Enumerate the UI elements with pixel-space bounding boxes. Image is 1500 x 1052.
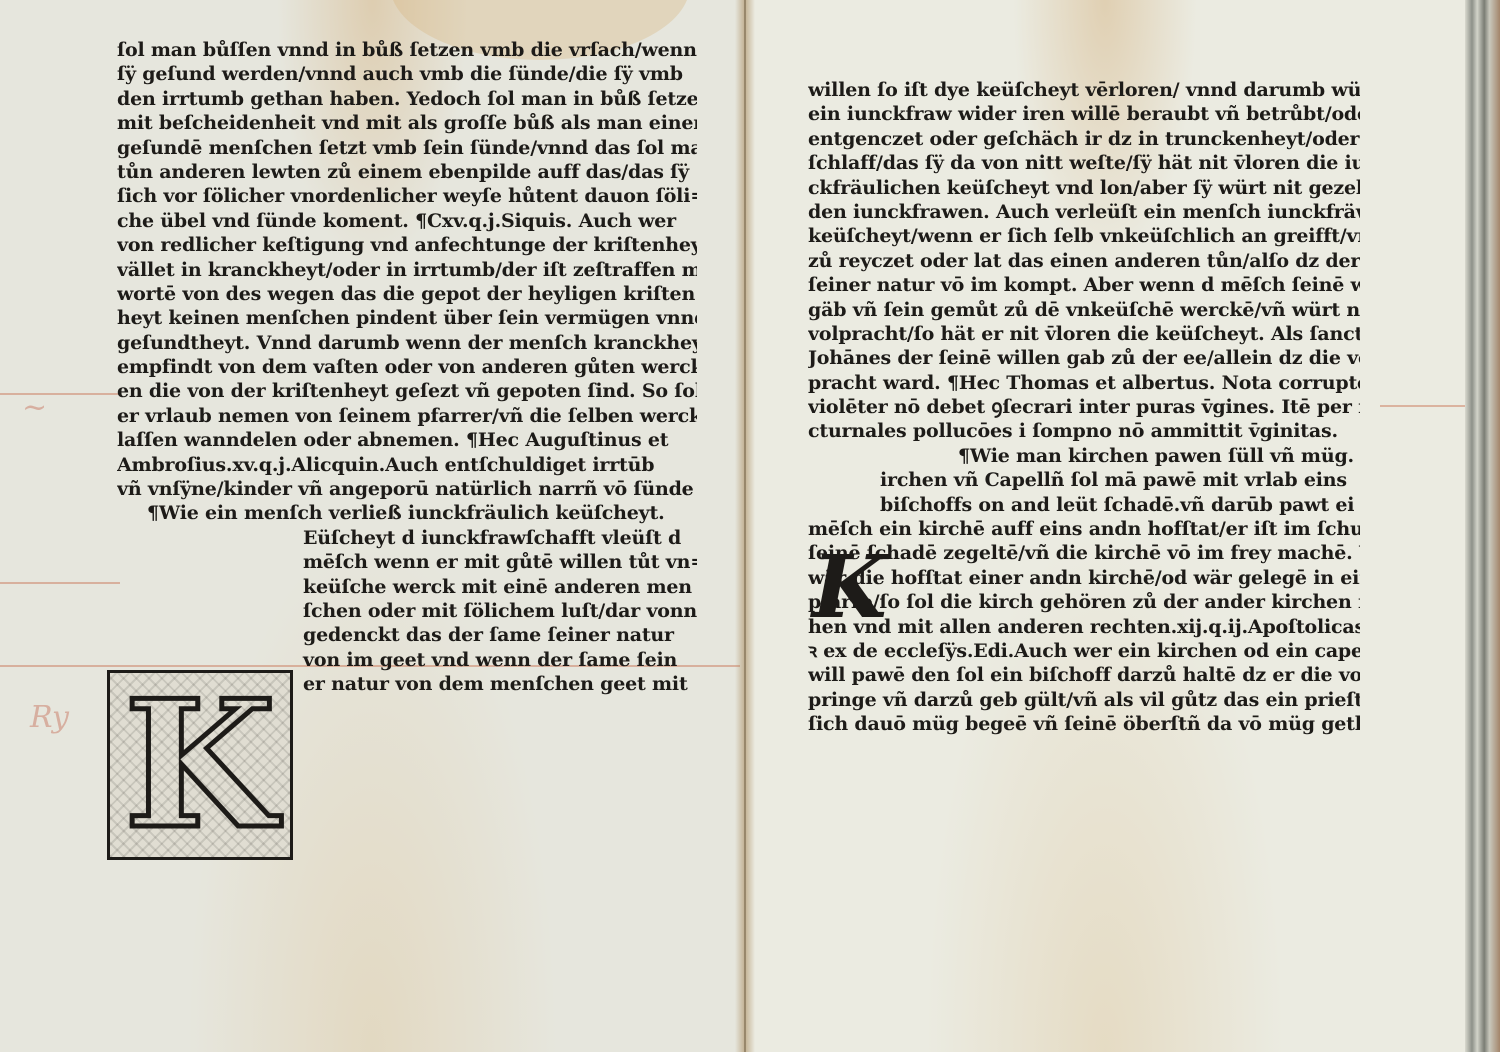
text-line: empfindt von dem vaſten oder von anderen… — [117, 355, 697, 379]
text-fragment: laſſen wanndelen oder abnemen. — [117, 429, 460, 451]
text-fragment: che übel vnd ſünde koment. — [117, 210, 409, 232]
paragraph-mark: ¶ — [147, 502, 159, 524]
red-pencil-mark — [0, 393, 120, 395]
text-line: ꝛ ex de eccleſÿs.Edi.Auch wer ein kirche… — [808, 639, 1360, 663]
text-line: pracht ward. ¶Hec Thomas et albertus. No… — [808, 371, 1360, 395]
paragraph-mark: ¶ — [947, 372, 959, 394]
text-line: er vrlaub nemen von ſeinem pfarrer/vñ di… — [117, 404, 697, 428]
text-line: mēſch wenn er mit gůtē willen tůt vn= — [117, 550, 697, 574]
left-page: ~ Ry ſol man bůſſen vnnd in bůß ſetzen v… — [0, 0, 745, 1052]
heading-text: Wie man kirchen pawen ſüll vñ müg. — [970, 445, 1354, 467]
text-line: ſchen oder mit ſölichem luſt/dar vonn — [117, 599, 697, 623]
text-line: pringe vñ darzů geb gült/vñ als vil gůtz… — [808, 688, 1360, 712]
text-line: Eüſcheyt d iunckfrawſchafft vleüſt d — [117, 526, 697, 550]
text-line: geſundē menſchen ſetzt vmb ſein ſünde/vn… — [117, 136, 697, 160]
citation: Hec Thomas et albertus. — [959, 372, 1215, 394]
citation: Cxv.q.j.Siquis. — [427, 210, 572, 232]
red-pencil-mark — [0, 582, 120, 584]
text-line: ſich dauō müg begeē vñ ſeinē öberſtñ da … — [808, 712, 1360, 736]
text-line: ckfräulichen keüſcheyt vnd lon/aber ſÿ w… — [808, 176, 1360, 200]
text-line: von redlicher keſtigung vnd anfechtunge … — [117, 233, 697, 257]
text-line: biſchoffs on and leüt ſchadē.vñ darūb pa… — [808, 493, 1360, 517]
printed-initial-letter: K — [812, 548, 897, 628]
text-line: violēter nō debet ꝯſecrari inter puras v… — [808, 395, 1360, 419]
text-line: willen ſo iſt dye keüſcheyt vērloren/ vn… — [808, 78, 1360, 102]
text-line: zů reyczet oder lat das einen anderen tů… — [808, 249, 1360, 273]
text-line: keüſche werck mit einē anderen men — [117, 575, 697, 599]
text-line: cturnales pollucōes i ſompno nō ammittit… — [808, 419, 1360, 443]
text-line: tůn anderen lewten zů einem ebenpilde au… — [117, 160, 697, 184]
text-line: laſſen wanndelen oder abnemen. ¶Hec Augu… — [117, 428, 697, 452]
right-page-text: willen ſo iſt dye keüſcheyt vērloren/ vn… — [808, 78, 1360, 737]
text-line: will pawē den ſol ein biſchoff darzů hal… — [808, 663, 1360, 687]
text-line: wortē von des wegen das die gepot der he… — [117, 282, 697, 306]
text-line: ſich vor ſölicher vnordenlicher weyſe hů… — [117, 184, 697, 208]
text-line: Ambroſius.xv.q.j.Alicquin.Auch entſchuld… — [117, 453, 697, 477]
text-line: den iunckfrawen. Auch verleüſt ein menſc… — [808, 200, 1360, 224]
text-line: heyt keinen menſchen pindent über ſein v… — [117, 306, 697, 330]
paragraph-mark: ¶ — [415, 210, 427, 232]
text-line: gäb vñ ſein gemůt zů dē vnkeüſchē werckē… — [808, 298, 1360, 322]
text-line: volpracht/ſo hät er nit v̄loren die keüſ… — [808, 322, 1360, 346]
text-line: mēſch ein kirchē auff eins andn hofſtat/… — [808, 517, 1360, 541]
paragraph-mark: ¶ — [958, 445, 970, 467]
text-line: entgenczet oder geſchäch ir dz in trunck… — [808, 127, 1360, 151]
margin-flourish: ~ — [22, 390, 47, 425]
woodcut-initial: K — [107, 670, 293, 860]
margin-note-ry: Ry — [30, 700, 69, 735]
text-line: vället in kranckheyt/oder in irrtumb/der… — [117, 258, 697, 282]
text-line: keüſcheyt/wenn er ſich ſelb vnkeüſchlich… — [808, 224, 1360, 248]
text-line: gedenckt das der ſame ſeiner natur — [117, 623, 697, 647]
text-line: che übel vnd ſünde koment. ¶Cxv.q.j.Siqu… — [117, 209, 697, 233]
book-gutter — [735, 0, 755, 1052]
citation: Hec Auguſtinus et — [478, 429, 668, 451]
text-line: ſchlaff/das ſÿ da von nitt weſte/ſÿ hät … — [808, 151, 1360, 175]
page-edges — [1465, 0, 1500, 1052]
decorated-initial-letter: K — [110, 673, 290, 857]
open-book-spread: ~ Ry ſol man bůſſen vnnd in bůß ſetzen v… — [0, 0, 1500, 1052]
text-fragment: pracht ward. — [808, 372, 941, 394]
text-line: ſeiner natur vō im kompt. Aber wenn d mē… — [808, 273, 1360, 297]
red-pencil-mark — [1380, 405, 1465, 407]
chapter-heading: ¶Wie man kirchen pawen ſüll vñ müg. — [808, 444, 1360, 468]
text-line: ſol man bůſſen vnnd in bůß ſetzen vmb di… — [117, 38, 697, 62]
text-line: ein iunckfraw wider iren willē beraubt v… — [808, 102, 1360, 126]
text-line: ſÿ geſund werden/vnnd auch vmb die ſünde… — [117, 62, 697, 86]
text-line: geſundtheyt. Vnnd darumb wenn der menſch… — [117, 331, 697, 355]
text-line: en die von der kriſtenheyt geſezt vñ gep… — [117, 379, 697, 403]
text-line: Johānes der ſeinē willen gab zů der ee/a… — [808, 346, 1360, 370]
text-line: vñ vnſÿne/kinder vñ angeporū natürlich n… — [117, 477, 697, 501]
paragraph-mark: ¶ — [466, 429, 478, 451]
chapter-heading: ¶Wie ein menſch verließ iunckfräulich ke… — [117, 501, 697, 525]
left-page-text: ſol man bůſſen vnnd in bůß ſetzen vmb di… — [117, 38, 697, 697]
nota-text: Nota corrupte — [1222, 372, 1360, 394]
heading-text: Wie ein menſch verließ iunckfräulich keü… — [159, 502, 665, 524]
text-line: mit beſcheidenheit vnd mit als groſſe bů… — [117, 111, 697, 135]
text-fragment: Auch wer — [579, 210, 676, 232]
text-line: den irrtumb gethan haben. Yedoch ſol man… — [117, 87, 697, 111]
text-line: irchen vñ Capellñ ſol mā pawē mit vrlab … — [808, 468, 1360, 492]
